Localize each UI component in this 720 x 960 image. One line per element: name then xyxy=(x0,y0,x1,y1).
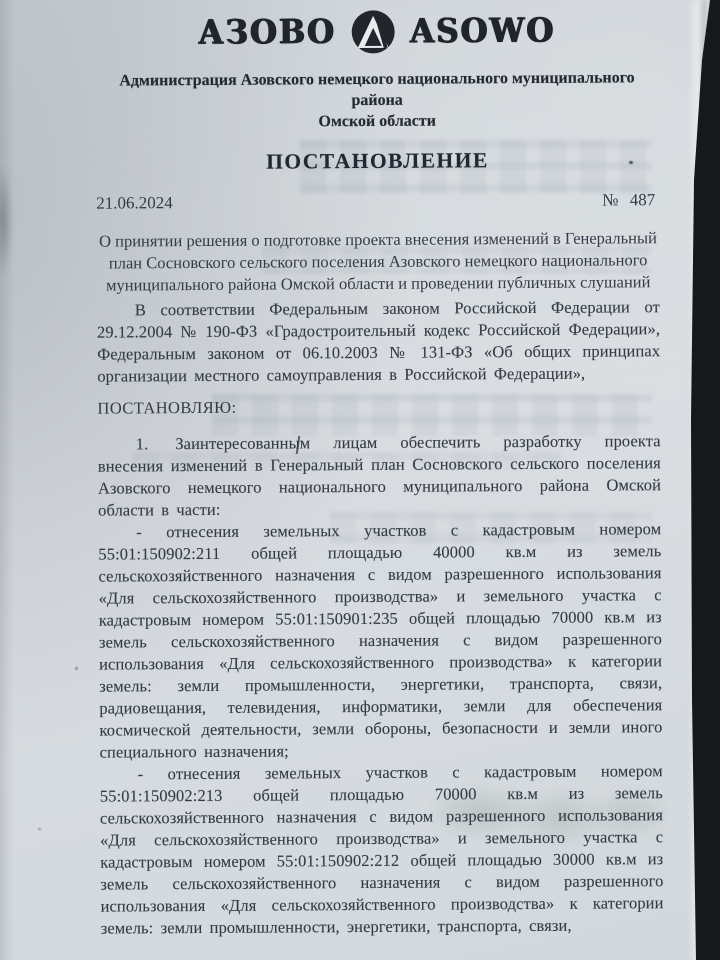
document-content: АЗОВО ASOWO Администрация Азовского неме… xyxy=(0,0,720,960)
bullet-paragraph-2: - отнесения земельных участков с кадастр… xyxy=(100,760,664,939)
item-1-number: 1. xyxy=(136,434,149,453)
bullet-paragraph-1: - отнесения земельных участков с кадастр… xyxy=(98,518,662,763)
item-1-text: Заинтересованным лицам обеспечить разраб… xyxy=(98,431,661,519)
preamble-paragraph: В соответствии Федеральным законом Росси… xyxy=(97,296,661,387)
decree-word: ПОСТАНОВЛЯЮ: xyxy=(97,395,660,418)
organization-name: Администрация Азовского немецкого национ… xyxy=(95,67,658,133)
azovo-district-emblem-icon xyxy=(350,9,396,55)
item-1-paragraph: 1.Заинтересованным лицам обеспечить разр… xyxy=(98,430,662,521)
document-title: О принятии решения о подготовке проекта … xyxy=(98,227,658,296)
document-number: № 487 xyxy=(602,190,655,210)
logo-word-cyrillic: АЗОВО xyxy=(198,13,336,53)
document-date: 21.06.2024 xyxy=(96,193,173,213)
document-type-heading: ПОСТАНОВЛЕНИЕ xyxy=(96,147,659,175)
organization-name-line1: Администрация Азовского немецкого национ… xyxy=(95,67,658,112)
organization-name-line2: Омской области xyxy=(96,109,659,133)
date-number-row: 21.06.2024 № 487 xyxy=(96,190,659,213)
letterhead-logo: АЗОВО ASOWO xyxy=(95,6,658,57)
logo-word-latin: ASOWO xyxy=(410,11,556,51)
document-page: АЗОВО ASOWO Администрация Азовского неме… xyxy=(0,0,720,960)
